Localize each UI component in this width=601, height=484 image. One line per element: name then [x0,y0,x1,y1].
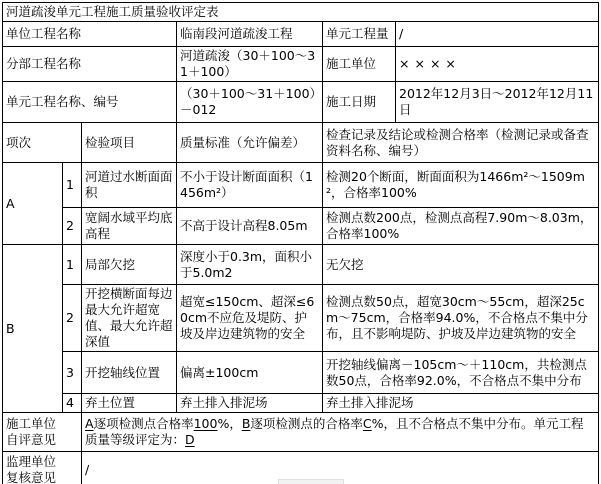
info-row-unit-name-code: 单元工程名称、编号 （30＋100～31＋100）－012 施工日期 2012年… [3,82,599,123]
table-row-a1: A 1 河道过水断面面积 不小于设计断面面积（1456m²） 检测20个断面，断… [3,163,599,208]
unit-name-code-value: （30＋100～31＋100）－012 [177,82,323,123]
table-row-b3: 3 开挖轴线位置 偏离±100cm 开挖轴线偏离－105cm～＋110cm，共检… [3,352,599,394]
table-row-b4: 4 弃土位置 弃土排入排泥场 弃土排入排泥场 [3,394,599,413]
row-record: 检测点数200点，检测点高程7.90m～8.03m，合格率100% [323,208,599,245]
division-name-label: 分部工程名称 [3,47,177,82]
row-no: 1 [63,163,82,208]
row-record: 检测20个断面，断面面积为1466m²～1509m²，合格率100% [323,163,599,208]
table-row-b2: 2 开挖横断面每边最大允许超宽值、最大允许超深值 超宽≤150cm、超深≤60c… [3,285,599,352]
info-row-division: 分部工程名称 河道疏浚（30＋100～31＋100） 施工单位 ×××× [3,47,599,82]
page: 河道疏浚单元工程施工质量验收评定表 单位工程名称 临南段河道疏浚工程 单元工程量… [0,0,601,484]
row-item: 河道过水断面面积 [82,163,177,208]
watermark-remnant [278,479,344,484]
group-letter-b: B [3,245,63,413]
title-row: 河道疏浚单元工程施工质量验收评定表 [3,3,599,22]
date-label: 施工日期 [323,82,396,123]
group-letter-a: A [3,163,63,245]
form-title: 河道疏浚单元工程施工质量验收评定表 [3,3,599,22]
unit-name-code-label: 单元工程名称、编号 [3,82,177,123]
row-no: 2 [63,208,82,245]
table-row-b1: B 1 局部欠挖 深度小于0.3m，面积小于5.0m2 无欠挖 [3,245,599,285]
row-no: 1 [63,245,82,285]
row-standard: 超宽≤150cm、超深≤60cm不应危及堤防、护坡及岸边建筑物的安全 [177,285,323,352]
row-record: 无欠挖 [323,245,599,285]
row-item: 开挖横断面每边最大允许超宽值、最大允许超深值 [82,285,177,352]
review-label-line1: 监理单位 [6,454,78,470]
header-item: 检验项目 [82,123,177,163]
self-assessment-label-line1: 施工单位 [6,416,78,432]
unit-project-name-label: 单位工程名称 [3,22,177,47]
unit-project-name-value: 临南段河道疏浚工程 [177,22,323,47]
date-value: 2012年12月3日～2012年12月11日 [396,82,599,123]
row-record: 检测点数50点，超宽30cm～55cm，超深25cm～75cm，合格率94.0%… [323,285,599,352]
table-row-a2: 2 宽阔水域平均底高程 不高于设计高程8.05m 检测点数200点，检测点高程7… [3,208,599,245]
row-standard: 不小于设计断面面积（1456m²） [177,163,323,208]
row-item: 宽阔水域平均底高程 [82,208,177,245]
row-standard: 深度小于0.3m，面积小于5.0m2 [177,245,323,285]
review-label-line2: 复核意见 [6,470,78,484]
header-standard: 质量标准（允许偏差） [177,123,323,163]
self-assessment-row: 施工单位 自评意见 A逐项检测点合格率100%，B逐项检测点的合格率C%，且不合… [3,413,599,452]
unit-quantity-label: 单元工程量 [323,22,396,47]
row-record: 弃土排入排泥场 [323,394,599,413]
self-assessment-content: A逐项检测点合格率100%，B逐项检测点的合格率C%，且不合格点不集中分布。单元… [82,413,599,452]
header-record: 检查记录及结论或检测合格率（检测记录或备查资料名称、编号） [323,123,599,163]
acceptance-form-table: 河道疏浚单元工程施工质量验收评定表 单位工程名称 临南段河道疏浚工程 单元工程量… [2,2,599,484]
row-item: 开挖轴线位置 [82,352,177,394]
unit-quantity-value: / [396,22,599,47]
builder-label: 施工单位 [323,47,396,82]
row-no: 2 [63,285,82,352]
self-assessment-label: 施工单位 自评意见 [3,413,82,452]
row-standard: 不高于设计高程8.05m [177,208,323,245]
builder-value: ×××× [396,47,599,82]
row-item: 弃土位置 [82,394,177,413]
self-assessment-label-line2: 自评意见 [6,432,78,448]
row-no: 3 [63,352,82,394]
division-name-value: 河道疏浚（30＋100～31＋100） [177,47,323,82]
row-standard: 偏离±100cm [177,352,323,394]
inspection-header-row: 项次 检验项目 质量标准（允许偏差） 检查记录及结论或检测合格率（检测记录或备查… [3,123,599,163]
row-item: 局部欠挖 [82,245,177,285]
row-no: 4 [63,394,82,413]
review-label: 监理单位 复核意见 [3,452,82,484]
row-record: 开挖轴线偏离－105cm～＋110cm，共检测点数50点，合格率92.0%，不合… [323,352,599,394]
header-index: 项次 [3,123,82,163]
row-standard: 弃土排入排泥场 [177,394,323,413]
info-row-unit-project: 单位工程名称 临南段河道疏浚工程 单元工程量 / [3,22,599,47]
